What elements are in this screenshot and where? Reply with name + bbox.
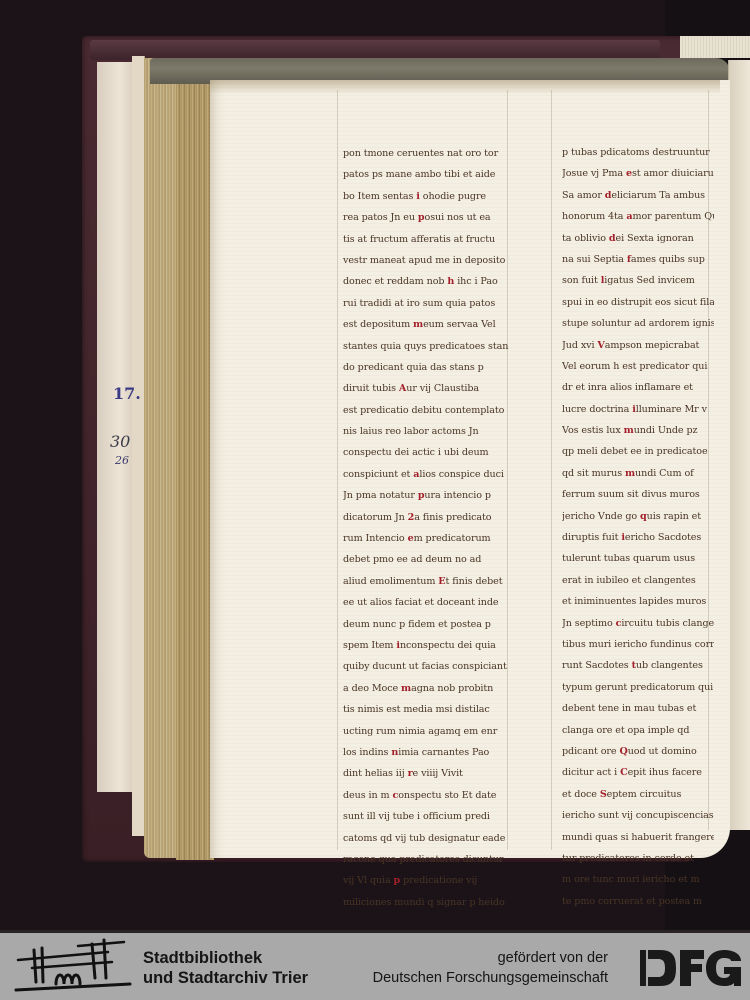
- manuscript-line: iericho sunt vij concupiscencias: [562, 805, 714, 826]
- rubric-initial: a: [626, 211, 632, 222]
- manuscript-line: Jn septimo circuitu tubis clangen: [562, 613, 714, 634]
- manuscript-line: mundi quas si habuerit frangere: [562, 827, 714, 848]
- manuscript-line: runt Sacdotes tub clangentes: [562, 655, 714, 676]
- rubric-initial: a: [413, 469, 419, 480]
- rubric-initial: i: [632, 404, 636, 415]
- dfg-logo-icon: [640, 950, 742, 986]
- rubric-initial: i: [396, 640, 400, 651]
- rubric-initial: e: [626, 168, 632, 179]
- rubric-initial: Q: [619, 746, 627, 757]
- manuscript-line: typum gerunt predicatorum qui: [562, 677, 714, 698]
- manuscript-line: Jud xvi Vampson mepicrabat: [562, 335, 714, 356]
- rubric-initial: c: [392, 790, 398, 801]
- manuscript-line: lucre doctrina illuminare Mr v: [562, 399, 714, 420]
- library-name-line2: und Stadtarchiv Trier: [143, 968, 308, 988]
- text-column-left: pon tmone ceruentes nat oro torpatos ps …: [343, 143, 521, 913]
- shelfmark-tertiary: 26: [115, 454, 129, 467]
- rubric-initial: e: [408, 533, 414, 544]
- manuscript-image-viewer: 17. 30 26 pon tmone ceruentes nat oro to…: [0, 0, 750, 930]
- rubric-initial: q: [640, 511, 647, 522]
- manuscript-line: quiby ducunt ut facias conspiciant: [343, 656, 521, 677]
- ruling-line: [551, 90, 552, 850]
- manuscript-line: ee ut alios faciat et doceant inde: [343, 592, 521, 613]
- rubric-initial: n: [391, 747, 398, 758]
- ruling-line: [337, 90, 338, 850]
- manuscript-line: te pmo corruerat et postea m: [562, 891, 714, 912]
- manuscript-line: Vos estis lux mundi Unde pz: [562, 420, 714, 441]
- manuscript-line: catoms qd vij tub designatur eade: [343, 828, 521, 849]
- binding-top-edge: [90, 40, 660, 60]
- rubric-initial: m: [401, 683, 411, 694]
- manuscript-line: Sa amor deliciarum Ta ambus: [562, 185, 714, 206]
- manuscript-line: tibus muri iericho fundinus corrue: [562, 634, 714, 655]
- manuscript-line: spui in eo distrupit eos sicut fila: [562, 292, 714, 313]
- manuscript-line: debent tene in mau tubas et: [562, 698, 714, 719]
- manuscript-line: bo Item sentas i ohodie pugre: [343, 186, 521, 207]
- manuscript-line: ferrum suum sit divus muros: [562, 484, 714, 505]
- manuscript-line: jericho Vnde go quis rapin et: [562, 506, 714, 527]
- manuscript-line: est predicatio debitu contemplato: [343, 400, 521, 421]
- rubric-initial: p: [418, 490, 425, 501]
- manuscript-line: donec et reddam nob h ihc i Pao: [343, 271, 521, 292]
- rubric-initial: p: [418, 212, 425, 223]
- footer-banner: Stadtbibliothek und Stadtarchiv Trier ge…: [0, 930, 750, 1000]
- manuscript-line: dicatorum Jn 2a finis predicato: [343, 507, 521, 528]
- manuscript-line: miliciones mundi q signar p heido: [343, 892, 521, 913]
- manuscript-line: spem Item inconspectu dei quia: [343, 635, 521, 656]
- facing-page-top: [680, 36, 750, 58]
- manuscript-line: qp meli debet ee in predicatoe: [562, 441, 714, 462]
- rubric-initial: V: [597, 340, 604, 351]
- page-stain: [210, 80, 720, 94]
- text-column-right: p tubas pdicatoms destruunturJosue vj Pm…: [562, 142, 714, 912]
- rubric-initial: t: [632, 660, 636, 671]
- manuscript-line: do predicant quia das stans p: [343, 357, 521, 378]
- manuscript-line: tis at fructum afferatis at fructu: [343, 229, 521, 250]
- manuscript-line: sunt ill vij tube i officium predi: [343, 806, 521, 827]
- rubric-initial: E: [438, 576, 445, 587]
- manuscript-line: nis laius reo labor actoms Jn: [343, 421, 521, 442]
- manuscript-line: na sui Septia fames quibs sup: [562, 249, 714, 270]
- funding-line2: Deutschen Forschungsgemeinschaft: [373, 968, 608, 988]
- manuscript-line: erat in iubileo et clangentes: [562, 570, 714, 591]
- manuscript-line: rum Intencio em predicatorum: [343, 528, 521, 549]
- manuscript-line: conspectu dei actic i ubi deum: [343, 442, 521, 463]
- library-name-line1: Stadtbibliothek: [143, 948, 308, 968]
- manuscript-line: deum nunc p fidem et postea p: [343, 614, 521, 635]
- funding-notice: gefördert von der Deutschen Forschungsge…: [373, 948, 608, 988]
- manuscript-line: diruptis fuit iericho Sacdotes: [562, 527, 714, 548]
- rubric-initial: i: [621, 532, 625, 543]
- facing-page-edge: [728, 60, 750, 830]
- manuscript-line: dint helias iij re viiij Vivit: [343, 763, 521, 784]
- rubric-initial: C: [620, 767, 628, 778]
- manuscript-line: m ore tunc muri iericho et m: [562, 869, 714, 890]
- manuscript-line: p tubas pdicatoms destruuntur: [562, 142, 714, 163]
- manuscript-line: patos ps mane ambo tibi et aide: [343, 164, 521, 185]
- page-fore-edges-inner: [176, 70, 214, 860]
- manuscript-line: Vel eorum h est predicator qui: [562, 356, 714, 377]
- rubric-initial: m: [413, 319, 423, 330]
- manuscript-line: debet pmo ee ad deum no ad: [343, 549, 521, 570]
- rubric-initial: m: [625, 468, 635, 479]
- manuscript-line: ucting rum nimia agamq em enr: [343, 721, 521, 742]
- rubric-initial: S: [600, 789, 607, 800]
- rubric-initial: h: [447, 276, 454, 287]
- manuscript-line: deus in m conspectu sto Et date: [343, 785, 521, 806]
- manuscript-line: racone qua predicatores dicuntur: [343, 849, 521, 870]
- rubric-initial: d: [605, 190, 612, 201]
- shelfmark-secondary: 30: [110, 432, 130, 451]
- rubric-initial: c: [616, 618, 622, 629]
- manuscript-line: et iniminuentes lapides muros: [562, 591, 714, 612]
- manuscript-line: qd sit murus mundi Cum of: [562, 463, 714, 484]
- funding-line1: gefördert von der: [373, 948, 608, 968]
- rubric-initial: i: [416, 191, 420, 202]
- manuscript-line: pon tmone ceruentes nat oro tor: [343, 143, 521, 164]
- manuscript-line: dr et inra alios inflamare et: [562, 377, 714, 398]
- manuscript-line: honorum 4ta amor parentum Qui: [562, 206, 714, 227]
- rubric-initial: p: [394, 875, 401, 886]
- manuscript-line: est depositum meum servaa Vel: [343, 314, 521, 335]
- rubric-initial: 2: [408, 512, 415, 523]
- manuscript-line: diruit tubis Aur vij Claustiba: [343, 378, 521, 399]
- rubric-initial: r: [408, 768, 413, 779]
- manuscript-line: tur predicatores in corde et: [562, 848, 714, 869]
- library-logo-icon: [12, 938, 132, 996]
- manuscript-line: ta oblivio dei Sexta ignoran: [562, 228, 714, 249]
- rubric-initial: A: [399, 383, 406, 394]
- manuscript-line: conspiciunt et alios conspice duci: [343, 464, 521, 485]
- manuscript-line: vij Vl quia p predicatione vij: [343, 870, 521, 891]
- manuscript-line: dicitur act i Cepit ihus facere: [562, 762, 714, 783]
- manuscript-line: stantes quia quys predicatoes stan: [343, 336, 521, 357]
- pastedown-leaf: [97, 62, 135, 792]
- rubric-initial: f: [627, 254, 631, 265]
- manuscript-line: stupe soluntur ad ardorem ignis: [562, 313, 714, 334]
- manuscript-line: los indins nimia carnantes Pao: [343, 742, 521, 763]
- shelfmark-primary: 17.: [113, 384, 141, 403]
- manuscript-line: rea patos Jn eu posui nos ut ea: [343, 207, 521, 228]
- manuscript-line: son fuit ligatus Sed invicem: [562, 270, 714, 291]
- manuscript-line: et doce Septem circuitus: [562, 784, 714, 805]
- rubric-initial: d: [609, 233, 616, 244]
- manuscript-line: tis nimis est media msi distilac: [343, 699, 521, 720]
- library-name: Stadtbibliothek und Stadtarchiv Trier: [143, 948, 308, 988]
- manuscript-line: Jn pma notatur pura intencio p: [343, 485, 521, 506]
- manuscript-line: rui tradidi at iro sum quia patos: [343, 293, 521, 314]
- manuscript-line: aliud emolimentum Et finis debet: [343, 571, 521, 592]
- rubric-initial: l: [601, 275, 605, 286]
- manuscript-line: tulerunt tubas quarum usus: [562, 548, 714, 569]
- manuscript-line: pdicant ore Quod ut domino: [562, 741, 714, 762]
- manuscript-line: vestr maneat apud me in deposito: [343, 250, 521, 271]
- manuscript-line: Josue vj Pma est amor diuiciaru: [562, 163, 714, 184]
- rubric-initial: m: [624, 425, 634, 436]
- manuscript-line: a deo Moce magna nob probitn: [343, 678, 521, 699]
- manuscript-line: clanga ore et opa imple qd: [562, 720, 714, 741]
